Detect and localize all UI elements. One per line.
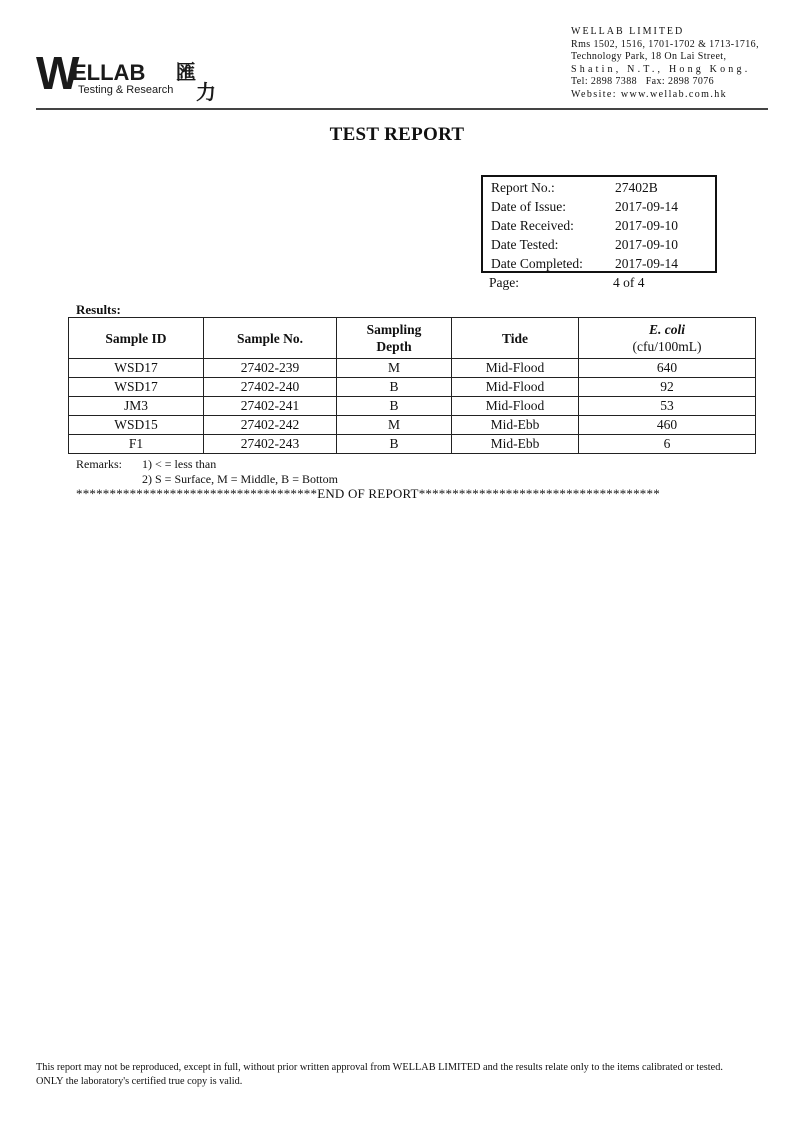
info-row-date-tested: Date Tested:2017-09-10 [491, 235, 678, 254]
cell-tide: Mid-Flood [452, 397, 579, 416]
table-row: JM3 27402-241 B Mid-Flood 53 [69, 397, 756, 416]
report-info-box: Report No.:27402B Date of Issue:2017-09-… [481, 175, 717, 273]
info-row-date-received: Date Received:2017-09-10 [491, 216, 678, 235]
cell-tide: Mid-Ebb [452, 435, 579, 454]
cell-sample-no: 27402-241 [204, 397, 337, 416]
cell-ecoli: 6 [579, 435, 756, 454]
table-row: WSD15 27402-242 M Mid-Ebb 460 [69, 416, 756, 435]
page-title: TEST REPORT [0, 124, 794, 146]
cell-ecoli: 92 [579, 378, 756, 397]
cell-sample-id: WSD17 [69, 359, 204, 378]
results-label: Results: [76, 302, 121, 318]
table-row: F1 27402-243 B Mid-Ebb 6 [69, 435, 756, 454]
cell-sample-id: F1 [69, 435, 204, 454]
page-value: 4 of 4 [613, 275, 645, 290]
cell-sample-no: 27402-242 [204, 416, 337, 435]
footer-line-2: ONLY the laboratory's certified true cop… [36, 1075, 723, 1089]
cell-ecoli: 640 [579, 359, 756, 378]
logo-tagline: Testing & Research [78, 84, 173, 96]
cell-depth: M [337, 359, 452, 378]
header-divider [36, 108, 768, 110]
company-website: Website: www.wellab.com.hk [571, 89, 759, 102]
cell-sample-no: 27402-239 [204, 359, 337, 378]
remark-item: 1) < = less than [142, 457, 216, 472]
info-row-date-of-issue: Date of Issue:2017-09-14 [491, 197, 678, 216]
col-ecoli-unit: (cfu/100mL) [579, 338, 755, 355]
company-address-line-2: Technology Park, 18 On Lai Street, [571, 51, 759, 64]
info-value: 2017-09-14 [615, 256, 678, 271]
footer-disclaimer: This report may not be reproduced, excep… [36, 1061, 723, 1089]
remarks-line-1: Remarks: 1) < = less than [76, 457, 122, 472]
cell-depth: B [337, 378, 452, 397]
remarks-label: Remarks: [76, 457, 122, 471]
company-logo: W ELLAB 匯 力 Testing & Research [36, 50, 216, 100]
cell-tide: Mid-Flood [452, 359, 579, 378]
cell-depth: B [337, 397, 452, 416]
info-row-date-completed: Date Completed:2017-09-14 [491, 254, 678, 273]
col-tide: Tide [452, 318, 579, 359]
cell-sample-no: 27402-240 [204, 378, 337, 397]
info-row-report-no: Report No.:27402B [491, 178, 658, 197]
footer-line-1: This report may not be reproduced, excep… [36, 1061, 723, 1075]
table-header-row: Sample ID Sample No. Sampling Depth Tide… [69, 318, 756, 359]
remark-item: 2) S = Surface, M = Middle, B = Bottom [142, 472, 338, 487]
cell-ecoli: 460 [579, 416, 756, 435]
cell-tide: Mid-Ebb [452, 416, 579, 435]
cell-ecoli: 53 [579, 397, 756, 416]
col-sample-id: Sample ID [69, 318, 204, 359]
cell-tide: Mid-Flood [452, 378, 579, 397]
cell-sample-id: WSD15 [69, 416, 204, 435]
company-address-block: WELLAB LIMITED Rms 1502, 1516, 1701-1702… [571, 26, 759, 101]
company-contact: Tel: 2898 7388 Fax: 2898 7076 [571, 76, 759, 89]
logo-cjk-2: 力 [196, 76, 216, 105]
col-sample-no: Sample No. [204, 318, 337, 359]
info-label: Report No.: [491, 178, 615, 197]
col-depth-line-1: Sampling [337, 321, 451, 338]
table-row: WSD17 27402-239 M Mid-Flood 640 [69, 359, 756, 378]
logo-cjk-1: 匯 [176, 56, 196, 85]
info-value: 2017-09-10 [615, 218, 678, 233]
info-label: Date Completed: [491, 254, 615, 273]
results-table: Sample ID Sample No. Sampling Depth Tide… [68, 317, 756, 454]
company-address-line-3: Shatin, N.T., Hong Kong. [571, 64, 759, 77]
end-of-report-marker: ************************************END … [76, 486, 660, 502]
info-label: Date of Issue: [491, 197, 615, 216]
cell-depth: B [337, 435, 452, 454]
col-depth-line-2: Depth [337, 338, 451, 355]
cell-depth: M [337, 416, 452, 435]
info-value: 27402B [615, 180, 658, 195]
col-ecoli: E. coli (cfu/100mL) [579, 318, 756, 359]
info-value: 2017-09-14 [615, 199, 678, 214]
page-number-row: Page:4 of 4 [489, 275, 645, 291]
col-ecoli-name: E. coli [579, 321, 755, 338]
company-name: WELLAB LIMITED [571, 26, 759, 39]
logo-text: ELLAB [72, 60, 145, 86]
cell-sample-no: 27402-243 [204, 435, 337, 454]
table-row: WSD17 27402-240 B Mid-Flood 92 [69, 378, 756, 397]
cell-sample-id: WSD17 [69, 378, 204, 397]
info-label: Date Received: [491, 216, 615, 235]
info-value: 2017-09-10 [615, 237, 678, 252]
cell-sample-id: JM3 [69, 397, 204, 416]
info-label: Date Tested: [491, 235, 615, 254]
page-label: Page: [489, 275, 613, 291]
company-address-line-1: Rms 1502, 1516, 1701-1702 & 1713-1716, [571, 39, 759, 52]
col-sampling-depth: Sampling Depth [337, 318, 452, 359]
